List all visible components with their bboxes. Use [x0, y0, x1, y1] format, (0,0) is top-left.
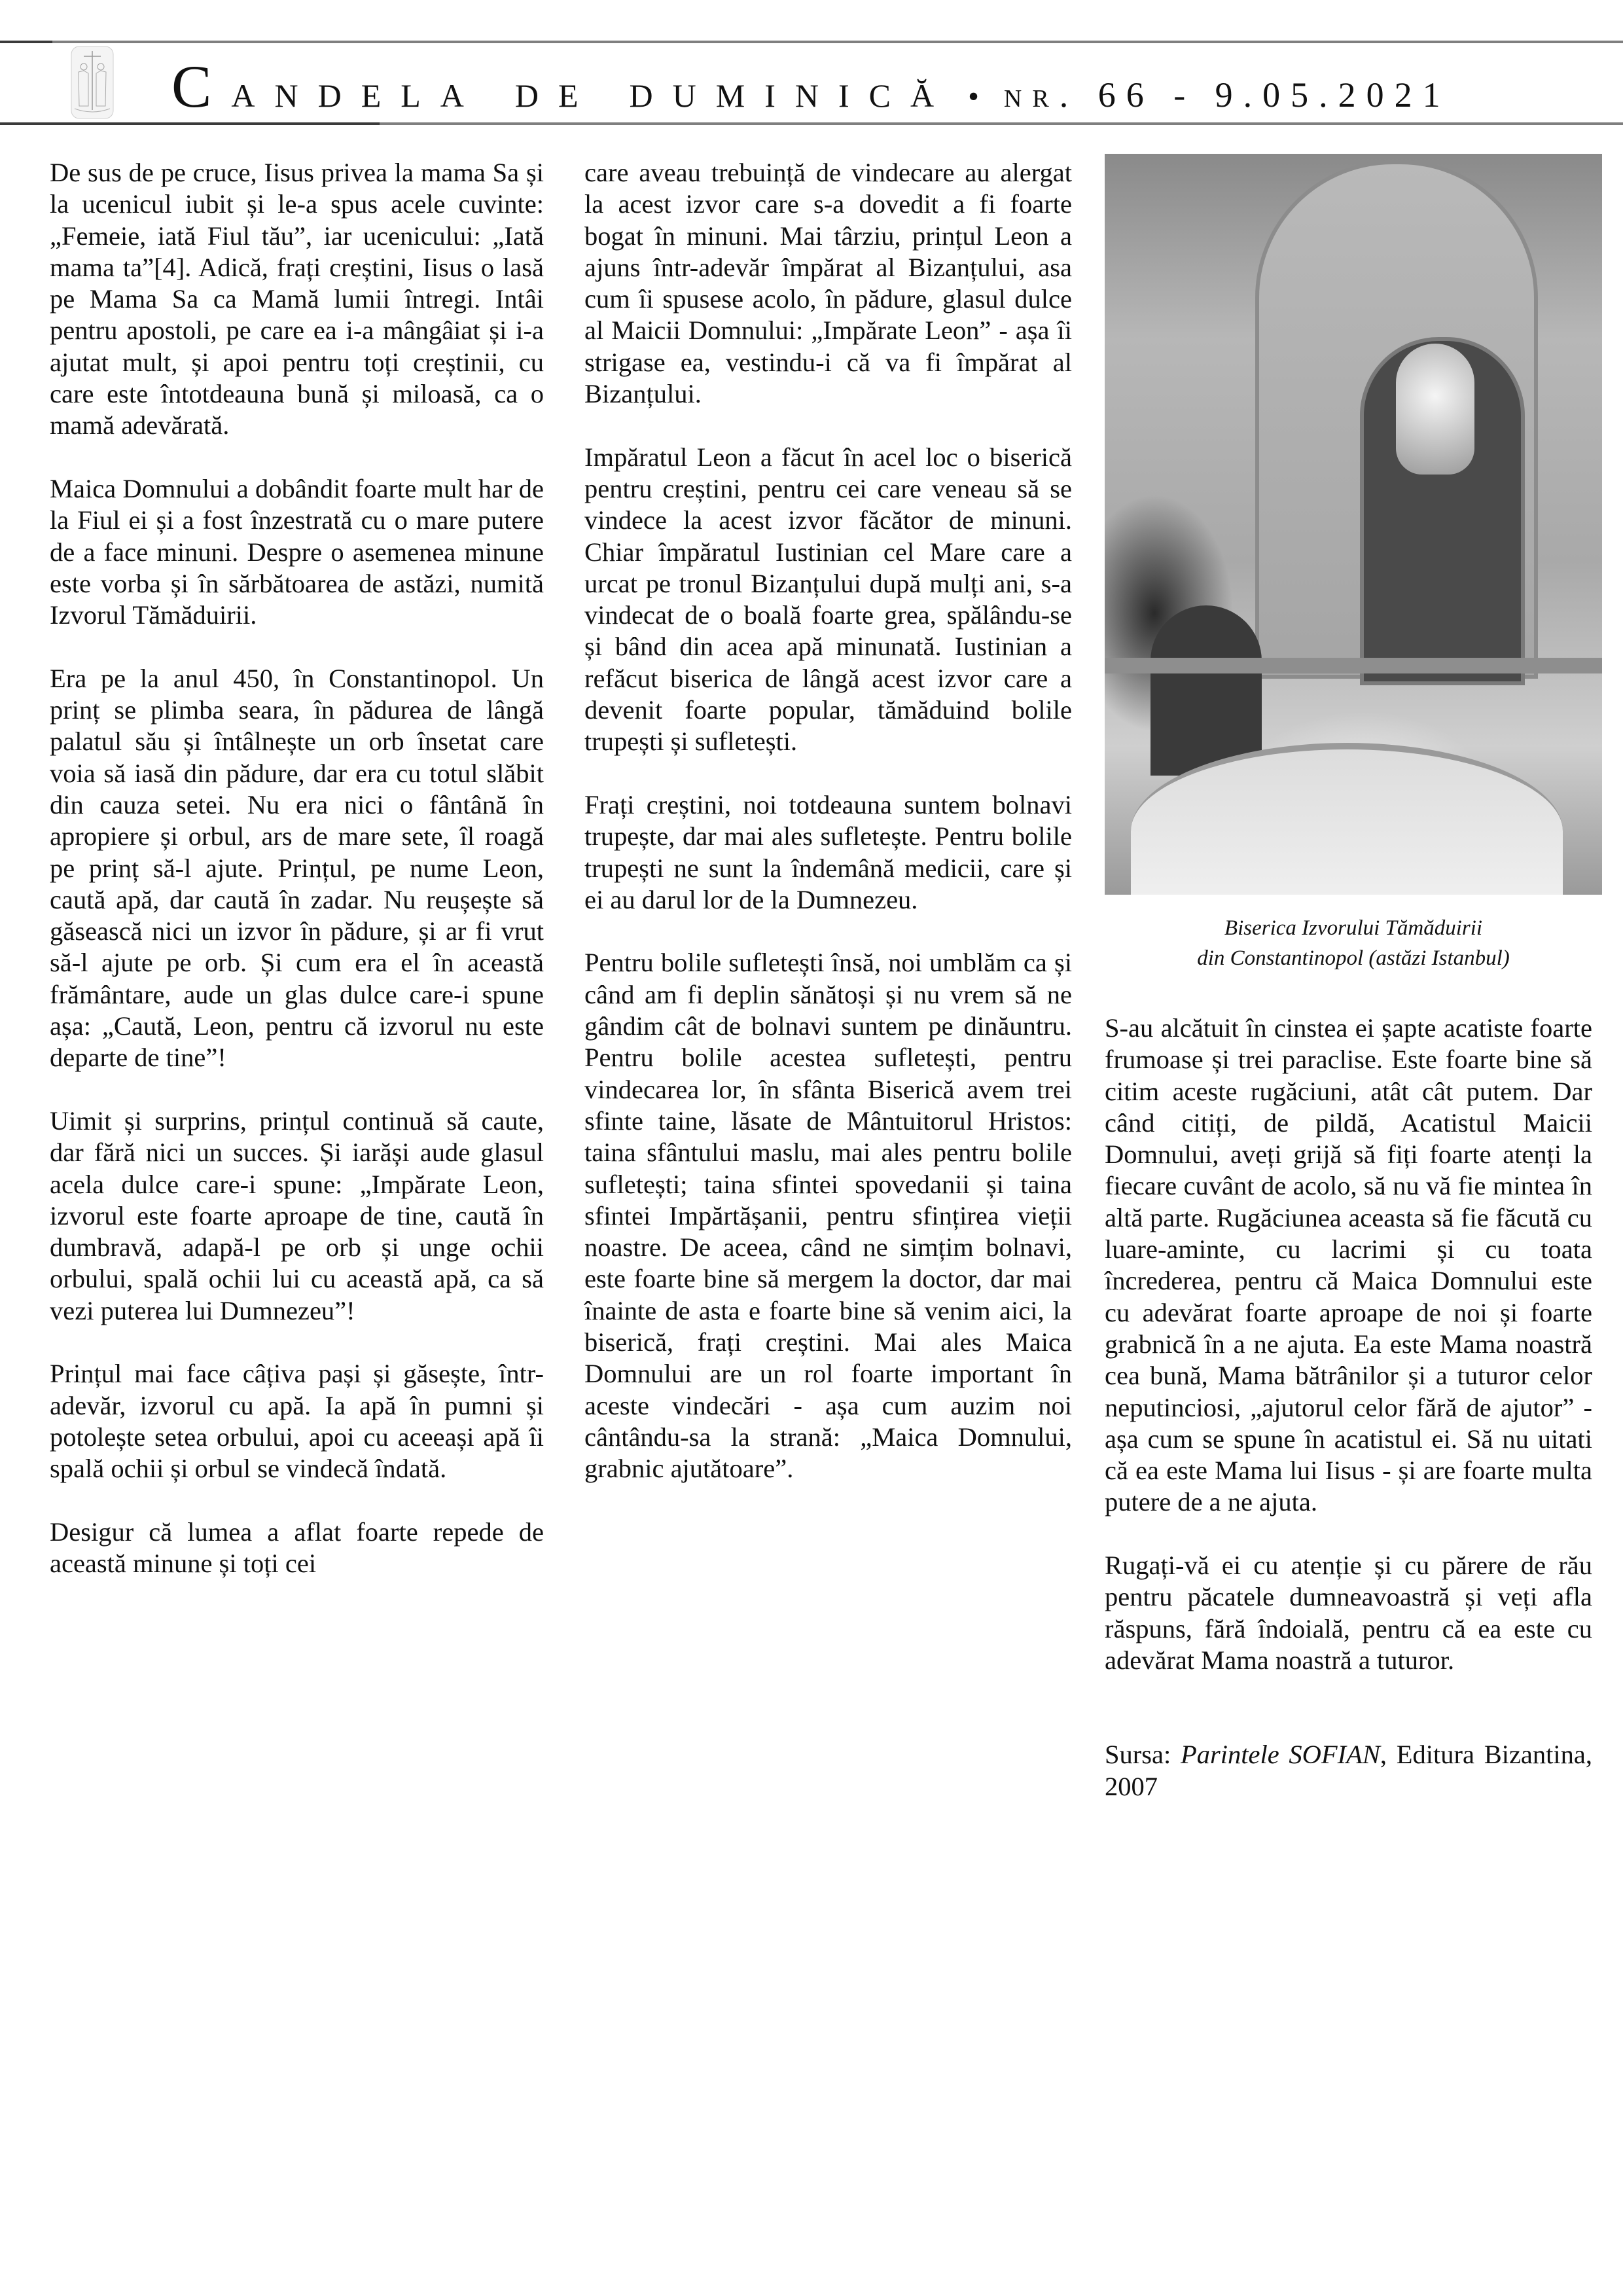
header-top-rule: [0, 41, 1623, 43]
bullet-separator: •: [968, 79, 979, 115]
paragraph: Desigur că lumea a aflat foarte repede d…: [50, 1516, 544, 1580]
paragraph: S-au alcătuit în cinstea ei șapte acatis…: [1105, 1013, 1592, 1518]
issue-number-date: nr. 66 - 9.05.2021: [1004, 75, 1451, 115]
paragraph: care aveau trebuință de vindecare au ale…: [584, 157, 1072, 410]
header-bottom-rule: [0, 122, 1623, 125]
caption-line-2: din Constantinopol (astăzi Istanbul): [1105, 943, 1602, 973]
paragraph: Era pe la anul 450, în Constantinopol. U…: [50, 663, 544, 1074]
source-author: Parintele SOFIAN: [1181, 1740, 1380, 1769]
paragraph: Prințul mai face câțiva pași și găsește,…: [50, 1358, 544, 1484]
article-column-2: care aveau trebuință de vindecare au ale…: [584, 157, 1072, 1484]
church-spring-photo: [1105, 154, 1602, 895]
paragraph: De sus de pe cruce, Iisus privea la mama…: [50, 157, 544, 442]
masthead: Candela de duminică • nr. 66 - 9.05.2021: [171, 54, 1451, 119]
paragraph: Rugați-vă ei cu atenție și cu părere de …: [1105, 1550, 1592, 1676]
newsletter-title: Candela de duminică: [171, 54, 954, 124]
paragraph: Uimit și surprins, prințul continuă să c…: [50, 1105, 544, 1327]
article-column-1: De sus de pe cruce, Iisus privea la mama…: [50, 157, 544, 1579]
paragraph: Impăratul Leon a făcut în acel loc o bis…: [584, 442, 1072, 758]
paragraph: Pentru bolile sufletești însă, noi umblă…: [584, 947, 1072, 1484]
paragraph: Maica Domnului a dobândit foarte mult ha…: [50, 473, 544, 631]
photo-caption: Biserica Izvorului Tămăduirii din Consta…: [1105, 913, 1602, 973]
article-column-3: S-au alcătuit în cinstea ei șapte acatis…: [1105, 1013, 1592, 1803]
source-citation: Sursa: Parintele SOFIAN, Editura Bizanti…: [1105, 1739, 1592, 1803]
paragraph: Frați creștini, noi totdeauna suntem bol…: [584, 789, 1072, 916]
caption-line-1: Biserica Izvorului Tămăduirii: [1105, 913, 1602, 943]
saints-cross-emblem-icon: [71, 46, 114, 119]
